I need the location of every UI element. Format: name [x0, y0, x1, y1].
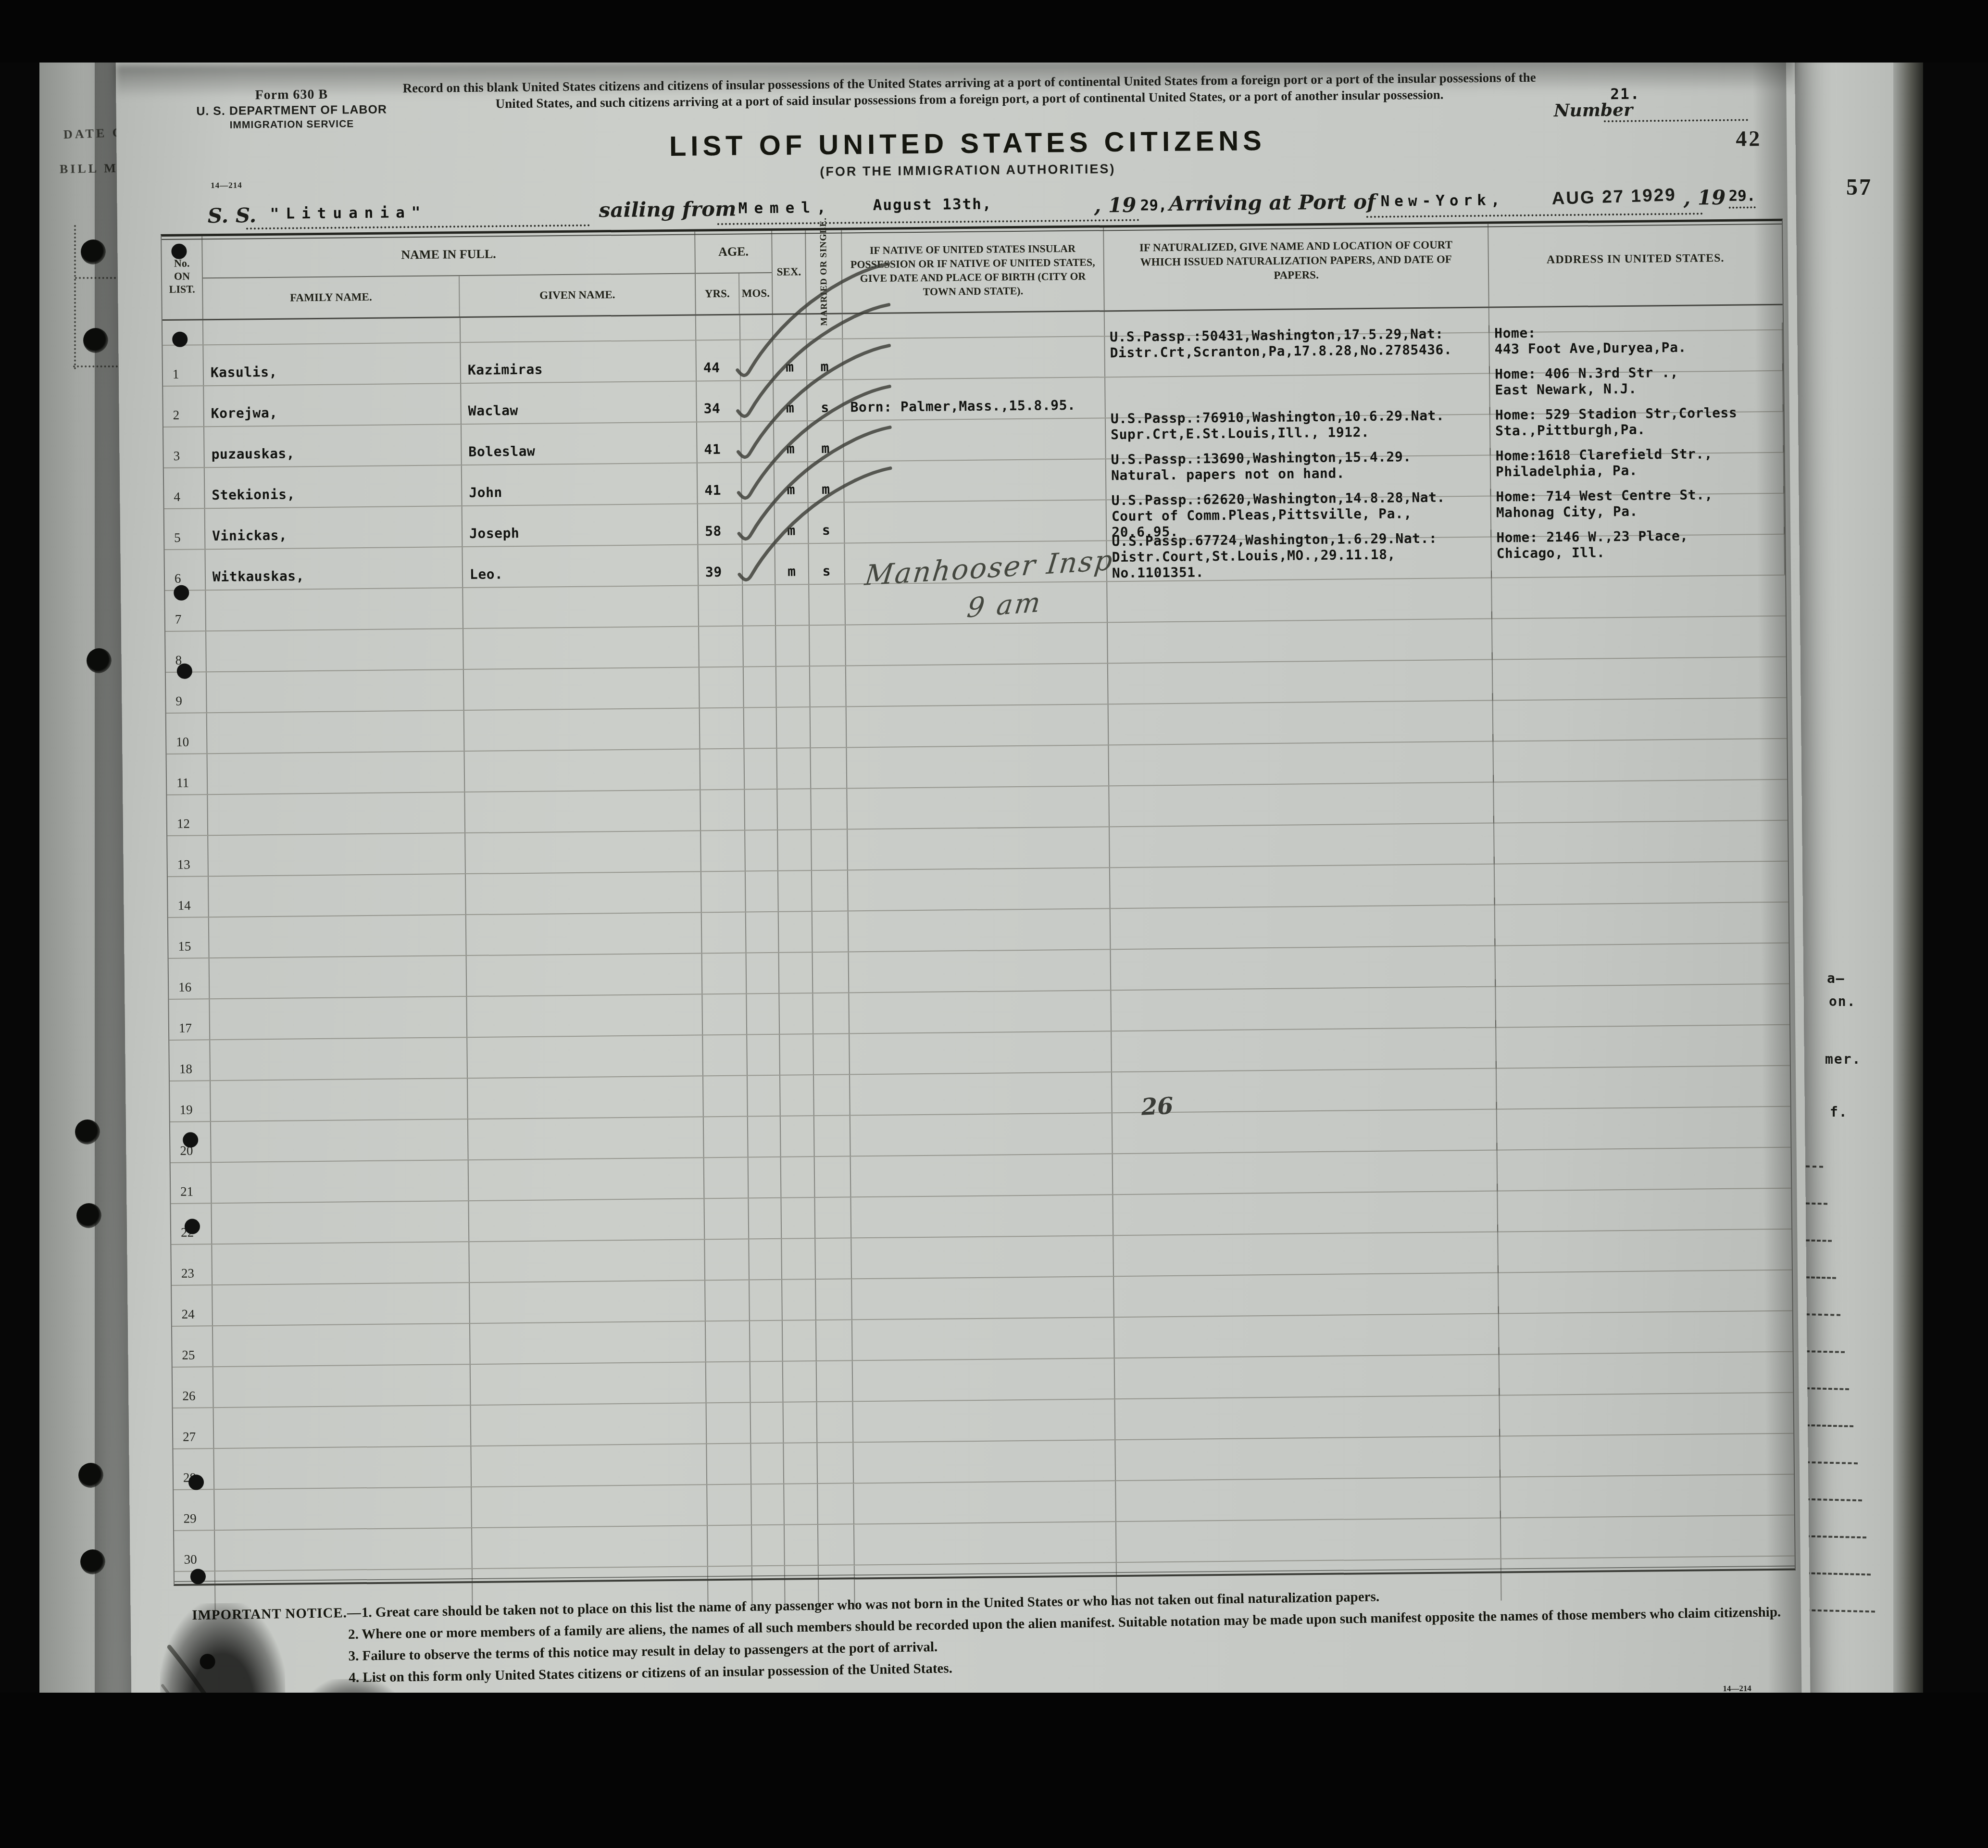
cell-sex — [781, 1157, 815, 1197]
left-page-fragment-text: BILL M — [60, 161, 118, 176]
cell-age-yrs: 41 — [697, 422, 742, 463]
cell-age-mos — [745, 790, 778, 830]
cell-sex — [779, 912, 813, 952]
cell-age-mos — [748, 1117, 781, 1157]
cell-age-yrs — [700, 790, 745, 830]
cell-sex — [783, 1320, 817, 1361]
cell-given-name — [471, 1444, 707, 1486]
hole-punch-mark — [185, 1219, 200, 1234]
arrival-year-prefix: , 19 — [1683, 186, 1725, 210]
cell-age-yrs — [702, 953, 747, 993]
cell-birth — [847, 745, 1109, 788]
handwritten-page-mark: 26 — [1140, 1093, 1174, 1121]
cell-birth — [852, 1277, 1114, 1319]
cell-age-yrs — [704, 1117, 749, 1157]
cell-given-name: Kazimiras — [461, 340, 697, 383]
header-address: ADDRESS IN UNITED STATES. — [1488, 221, 1783, 307]
cell-given-name — [467, 1035, 703, 1078]
cell-marital — [818, 1524, 855, 1565]
cell-empty — [461, 315, 696, 342]
cell-sex: m — [775, 462, 809, 503]
cell-age-mos — [749, 1198, 782, 1239]
cell-marital: s — [807, 380, 844, 420]
cell-given-name — [469, 1199, 705, 1241]
cell-marital — [815, 1238, 852, 1279]
manifest-sheet: Form 630 B U. S. DEPARTMENT OF LABOR IMM… — [115, 11, 1811, 1812]
cell-sex — [777, 789, 812, 830]
cell-family-name — [210, 956, 467, 998]
cell-birth — [851, 1195, 1113, 1237]
cell-family-name — [210, 997, 467, 1039]
cell-age-mos — [743, 585, 776, 626]
cell-age-yrs: 44 — [696, 340, 741, 381]
cell-age-mos — [750, 1321, 783, 1361]
cell-marital — [815, 1157, 851, 1197]
cell-no: 23 — [171, 1245, 213, 1285]
page-stack-edge — [1893, 18, 1923, 1837]
cell-given-name — [465, 831, 701, 873]
cell-sex — [781, 1116, 815, 1157]
cell-family-name: Vinickas, — [205, 506, 463, 549]
cell-age-yrs: 41 — [698, 463, 742, 503]
cell-no: 10 — [166, 713, 208, 754]
handwritten-time-note: 9 am — [965, 587, 1044, 624]
cell-sex — [784, 1402, 818, 1443]
cell-given-name — [465, 790, 701, 832]
cell-birth — [846, 623, 1108, 665]
cell-family-name — [206, 629, 464, 671]
cell-given-name — [472, 1526, 708, 1568]
cell-marital: s — [809, 503, 845, 543]
service-name: IMMIGRATION SERVICE — [184, 117, 400, 132]
cell-family-name: Stekionis, — [205, 465, 463, 508]
print-code: 14—214 — [211, 180, 242, 190]
cell-age-yrs — [700, 708, 745, 749]
notice-item-number: 3. — [348, 1648, 362, 1664]
notice-item-number: 4. — [349, 1670, 363, 1685]
header-name-group: NAME IN FULL. — [202, 231, 695, 278]
cell-age-yrs: 39 — [698, 545, 743, 585]
cell-no: 5 — [164, 509, 206, 549]
cell-marital — [813, 1034, 850, 1074]
header-given-name: GIVEN NAME. — [460, 274, 695, 316]
cell-marital — [813, 911, 849, 952]
cell-family-name: Korejwa, — [204, 384, 462, 426]
adjacent-page-number: 57 — [1846, 174, 1872, 201]
cell-given-name — [469, 1158, 705, 1200]
cell-family-name — [211, 1119, 469, 1162]
cell-no: 2 — [163, 386, 204, 427]
notice-item-number: 1. — [362, 1605, 372, 1620]
cell-given-name — [470, 1281, 706, 1323]
cell-birth — [850, 1113, 1113, 1156]
cell-sex: m — [773, 339, 807, 380]
header-sex: SEX. — [772, 230, 807, 314]
page-number-stamp: 42 — [1736, 126, 1762, 151]
cell-empty — [773, 314, 807, 339]
left-page-fragment-text: DATE O — [63, 126, 125, 142]
cell-no: 25 — [172, 1326, 213, 1367]
cell-birth — [844, 459, 1107, 502]
cell-given-name: Leo. — [463, 545, 699, 587]
cell-age-mos — [750, 1362, 784, 1402]
cell-given-name: Boleslaw — [462, 422, 698, 465]
right-page-fragment-text: a— — [1827, 970, 1845, 986]
cell-age-mos — [741, 422, 775, 462]
cell-no: 4 — [164, 468, 205, 508]
cell-birth — [850, 1072, 1113, 1115]
hole-punch-mark — [190, 1569, 206, 1584]
header-age: AGE. YRS. MOS. — [695, 231, 773, 314]
header-married-or-single-label: MARRIED OR SINGLE. — [816, 217, 831, 326]
cell-age-yrs — [708, 1525, 752, 1566]
number-value: 21. — [1610, 86, 1640, 103]
cell-age-mos — [747, 994, 780, 1034]
cell-age-yrs — [705, 1280, 750, 1320]
hole-punch — [83, 328, 108, 353]
cell-age-mos — [750, 1280, 783, 1320]
cell-sex: m — [775, 503, 809, 543]
hole-punch-mark — [174, 585, 189, 601]
cell-age-yrs: 34 — [697, 381, 741, 422]
cell-given-name — [467, 994, 703, 1037]
cell-family-name — [212, 1201, 470, 1244]
cell-marital — [811, 748, 847, 788]
cell-given-name: Joseph — [463, 504, 699, 546]
cell-birth — [845, 500, 1107, 542]
header-age-group: AGE. — [695, 231, 772, 274]
department-name: U. S. DEPARTMENT OF LABOR — [184, 102, 400, 119]
cell-age-yrs — [700, 749, 745, 790]
cell-no: 17 — [169, 999, 210, 1040]
cell-given-name — [464, 667, 700, 710]
cell-sex — [784, 1443, 818, 1483]
cell-family-name — [208, 752, 465, 794]
cell-marital — [816, 1279, 852, 1320]
cell-age-yrs — [704, 1198, 749, 1239]
cell-marital — [816, 1320, 853, 1360]
cell-given-name — [467, 954, 703, 996]
cell-birth — [848, 868, 1111, 910]
cell-marital — [818, 1483, 854, 1524]
cell-age-yrs — [705, 1239, 750, 1280]
cell-family-name — [212, 1160, 469, 1203]
cell-sex — [778, 830, 812, 870]
cell-birth: Born: Palmer,Mass.,15.8.95. — [843, 377, 1106, 420]
cell-marital — [810, 666, 847, 706]
cell-no: 6 — [164, 550, 206, 590]
cell-age-yrs — [701, 831, 746, 871]
cell-sex — [775, 585, 810, 625]
cell-marital: m — [808, 421, 844, 461]
print-code: 14—214 — [1723, 1684, 1751, 1694]
cell-age-yrs: 58 — [698, 504, 743, 544]
header-mos: MOS. — [739, 273, 772, 314]
cell-sex — [782, 1280, 816, 1320]
cell-age-mos — [744, 708, 777, 748]
cell-age-mos — [746, 912, 779, 953]
cell-no: 29 — [174, 1490, 215, 1530]
hole-punch — [78, 1463, 103, 1488]
arrival-year: 29. — [1728, 187, 1755, 209]
cell-marital — [813, 952, 850, 993]
cell-age-mos — [749, 1239, 782, 1280]
cell-naturalization — [1116, 1510, 1501, 1562]
cell-sex: m — [774, 421, 808, 462]
notice-item-number: 2. — [348, 1627, 362, 1642]
cell-given-name — [466, 872, 702, 914]
number-label: Number — [1554, 100, 1633, 121]
cell-birth — [844, 418, 1106, 461]
cell-family-name: puzauskas, — [204, 425, 462, 467]
cell-given-name: John — [462, 463, 698, 505]
cell-sex — [782, 1239, 816, 1279]
cell-family-name — [208, 792, 465, 835]
cell-sex — [777, 748, 811, 789]
cell-sex: m — [775, 544, 809, 584]
cell-family-name — [207, 670, 464, 712]
cell-no: 19 — [170, 1081, 211, 1121]
cell-birth — [843, 337, 1105, 379]
cell-birth — [849, 991, 1112, 1033]
cell-age-yrs — [707, 1403, 751, 1443]
cell-birth — [851, 1154, 1113, 1196]
photo-torn-edge-bottom — [0, 1693, 1988, 1848]
cell-given-name — [470, 1321, 706, 1364]
arriving-label: Arriving at Port of — [1169, 190, 1375, 215]
cell-marital: m — [807, 339, 843, 380]
cell-marital — [812, 830, 848, 870]
cell-age-yrs — [706, 1362, 751, 1402]
header-naturalization: IF NATURALIZED, GIVE NAME AND LOCATION O… — [1104, 224, 1489, 311]
cell-family-name — [210, 1038, 468, 1080]
cell-given-name — [463, 586, 699, 628]
cell-age-yrs — [699, 627, 744, 667]
form-number: Form 630 B — [183, 86, 400, 104]
sailing-date: August 13th, — [873, 196, 992, 214]
hole-punch — [80, 1549, 105, 1574]
hole-punch-mark — [177, 664, 192, 679]
cell-sex — [780, 1034, 814, 1075]
cell-age-yrs — [702, 994, 747, 1034]
cell-given-name: Waclaw — [461, 381, 697, 424]
cell-given-name — [463, 627, 700, 669]
hole-punch — [87, 648, 112, 673]
cell-birth — [853, 1358, 1115, 1401]
cell-marital — [815, 1197, 851, 1238]
right-page-fragment-text: on. — [1829, 993, 1856, 1009]
cell-marital — [810, 625, 846, 666]
cell-age-yrs — [707, 1444, 751, 1484]
cell-given-name — [472, 1485, 708, 1527]
cell-birth — [849, 950, 1112, 992]
cell-marital: s — [809, 543, 845, 584]
cell-birth — [847, 786, 1110, 829]
cell-family-name: Kasulis, — [203, 343, 461, 385]
cell-age-yrs — [706, 1321, 750, 1361]
hole-punch-mark — [172, 332, 188, 347]
cell-family-name — [214, 1446, 472, 1489]
cell-empty — [807, 314, 843, 339]
cell-birth — [853, 1440, 1116, 1483]
photo-torn-edge-top — [0, 0, 1988, 63]
cell-no: 13 — [167, 836, 209, 876]
cell-marital — [813, 993, 850, 1033]
cell-no: 27 — [173, 1408, 214, 1448]
cell-age-yrs — [703, 1076, 748, 1116]
cell-family-name — [211, 1079, 468, 1121]
header-birth: IF NATIVE OF UNITED STATES INSULAR POSSE… — [842, 227, 1105, 313]
cell-sex — [783, 1361, 817, 1402]
cell-age-mos — [742, 544, 775, 585]
cell-family-name — [214, 1487, 472, 1530]
cell-family-name — [209, 915, 467, 957]
notice-label: IMPORTANT NOTICE.— — [192, 1605, 362, 1623]
cell-given-name — [471, 1403, 707, 1446]
cell-age-mos — [751, 1444, 784, 1484]
cell-birth — [847, 704, 1109, 747]
cell-given-name — [464, 708, 700, 751]
header-married-or-single: MARRIED OR SINGLE. — [806, 230, 843, 314]
header-yrs: YRS. — [696, 274, 740, 314]
cell-marital — [812, 870, 849, 911]
header-family-name: FAMILY NAME. — [203, 276, 460, 319]
cell-sex — [777, 707, 811, 748]
right-page-fragment-text: mer. — [1825, 1051, 1861, 1067]
table-body: 1Kasulis,Kazimiras44mmU.S.Passp.:50431,W… — [163, 305, 1795, 1613]
table-header: No. ON LIST. NAME IN FULL. FAMILY NAME. … — [162, 221, 1783, 321]
cell-sex — [780, 1075, 814, 1116]
cell-sex: m — [774, 380, 808, 421]
cell-age-mos — [745, 830, 778, 871]
cell-family-name — [213, 1283, 470, 1325]
cell-age-mos — [747, 1035, 780, 1075]
cell-age-mos — [749, 1157, 782, 1198]
cell-no: 11 — [167, 754, 208, 794]
cell-family-name — [213, 1365, 471, 1407]
ship-name: "Lituania" — [270, 204, 427, 223]
cell-age-yrs — [701, 871, 746, 912]
sailing-year: 29, — [1140, 197, 1167, 214]
cell-no: 16 — [169, 958, 210, 999]
cell-age-mos — [751, 1484, 785, 1525]
cell-family-name — [208, 833, 466, 876]
cell-given-name — [465, 749, 701, 792]
header-name-in-full: NAME IN FULL. FAMILY NAME. GIVEN NAME. — [202, 231, 696, 319]
cell-birth — [850, 1031, 1112, 1074]
cell-age-mos — [744, 749, 777, 789]
cell-age-mos — [751, 1403, 784, 1443]
cell-marital — [811, 789, 848, 829]
cell-sex — [781, 1198, 815, 1238]
right-page-dashed-line — [1806, 1166, 1823, 1168]
cell-birth — [849, 909, 1111, 951]
cell-age-yrs — [703, 1035, 748, 1075]
cell-age-mos — [748, 1076, 781, 1116]
cell-no: 1 — [163, 345, 204, 386]
cell-age-mos — [741, 381, 774, 421]
right-page-fragment-text: f. — [1830, 1104, 1848, 1120]
cell-sex — [779, 953, 813, 993]
cell-age-yrs — [704, 1157, 749, 1198]
cell-age-mos — [752, 1525, 785, 1566]
cell-family-name — [207, 711, 465, 753]
cell-sex — [779, 993, 813, 1034]
hole-punch-mark — [171, 244, 187, 259]
cell-given-name — [468, 1117, 704, 1159]
cell-birth — [854, 1522, 1117, 1564]
cell-marital: m — [808, 462, 845, 502]
hole-punch-mark — [183, 1132, 198, 1147]
cell-sex — [776, 666, 811, 707]
arrival-port: New-York, — [1380, 191, 1504, 210]
cell-given-name — [471, 1362, 707, 1405]
cell-no: 14 — [168, 877, 209, 917]
cell-no: 12 — [167, 795, 208, 835]
cell-age-yrs — [699, 586, 743, 626]
cell-empty — [696, 315, 740, 340]
cell-age-yrs — [707, 1484, 752, 1525]
cell-marital — [809, 584, 846, 625]
scanned-manifest-photo: DATE O BILL M 57 a— on. mer. f. Form 630… — [0, 0, 1988, 1848]
cell-marital — [817, 1443, 854, 1483]
hole-punch-mark — [188, 1474, 204, 1490]
cell-birth — [853, 1399, 1116, 1442]
cell-age-mos — [744, 667, 777, 707]
cell-sex — [778, 871, 813, 911]
hole-punch — [75, 1119, 100, 1144]
cell-no: 18 — [169, 1040, 211, 1081]
left-page-ruled-line — [74, 225, 76, 369]
cell-age-mos — [743, 626, 776, 666]
cell-age-mos — [747, 953, 780, 993]
cell-family-name — [213, 1324, 471, 1366]
cell-birth — [848, 827, 1110, 869]
cell-no: 30 — [174, 1531, 215, 1571]
cell-family-name — [215, 1528, 473, 1571]
sailing-from-label: sailing from — [599, 197, 736, 222]
arrival-date-stamp: AUG 27 1929 — [1551, 185, 1676, 209]
cell-birth — [852, 1318, 1115, 1360]
cell-age-mos — [742, 463, 775, 503]
cell-sex — [785, 1525, 819, 1565]
cell-marital — [817, 1361, 853, 1401]
cell-family-name — [209, 874, 466, 917]
cell-given-name — [469, 1240, 705, 1282]
cell-family-name — [206, 588, 463, 630]
cell-given-name — [468, 1076, 704, 1119]
cell-age-mos — [746, 871, 779, 912]
cell-age-yrs — [700, 667, 744, 708]
hole-punch — [81, 239, 106, 264]
cell-no: 24 — [172, 1285, 213, 1326]
cell-empty — [740, 315, 773, 339]
cell-birth — [851, 1236, 1114, 1278]
cell-given-name — [466, 913, 702, 955]
cell-family-name: Witkauskas, — [205, 547, 463, 590]
cell-address — [1501, 1508, 1795, 1559]
cell-birth — [846, 664, 1109, 706]
hole-punch — [76, 1203, 101, 1228]
cell-age-mos — [740, 340, 774, 380]
departure-port: Memel, — [738, 199, 833, 217]
cell-no: 15 — [168, 918, 210, 958]
cell-sex — [776, 626, 810, 666]
year-prefix: , 19 — [1094, 193, 1136, 217]
cell-no: 3 — [163, 427, 205, 467]
cell-age-yrs — [702, 912, 747, 953]
cell-sex — [784, 1484, 818, 1524]
